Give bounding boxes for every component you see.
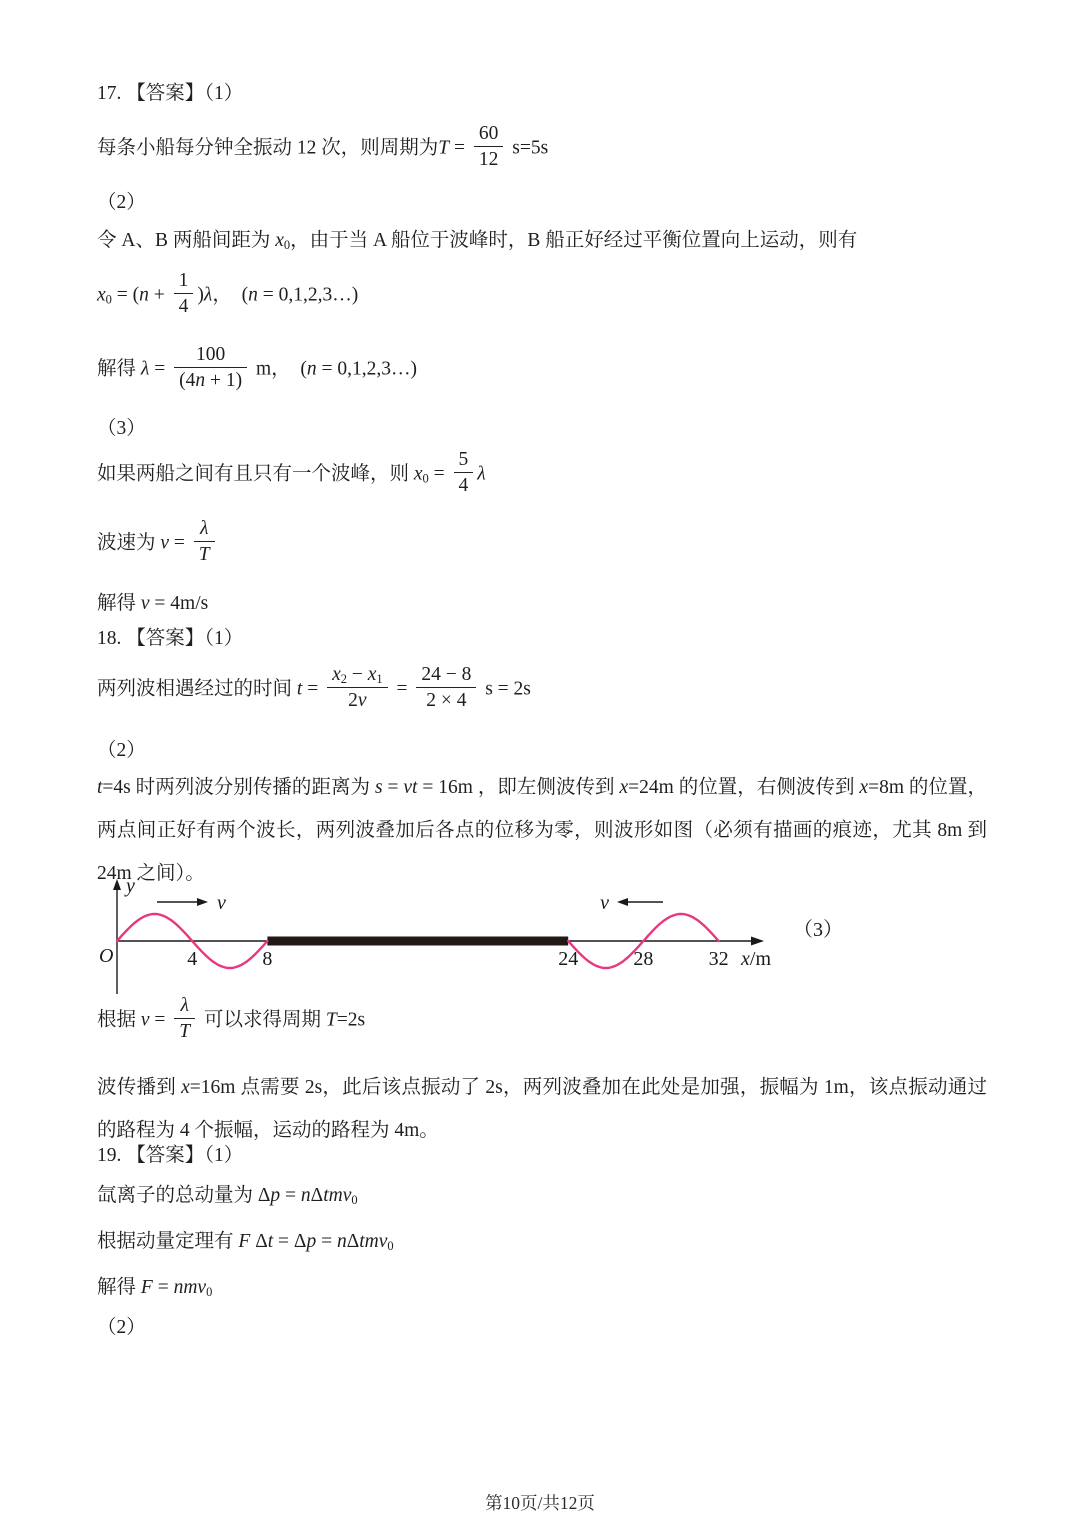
x-axis-label: x/m — [740, 948, 771, 970]
fraction: 24 − 82 × 4 — [416, 663, 476, 713]
page-footer: 第10页/共12页 — [0, 1490, 1080, 1515]
y-axis-arrowhead — [113, 879, 121, 890]
y-axis-label: y — [124, 876, 135, 897]
x-tick-label: 4 — [187, 948, 197, 970]
sec18-period-formula: 根据 v = λT 可以求得周期 T=2s — [97, 996, 365, 1046]
sec17-x0-formula: x0 = (n + 14)λ， (n = 0,1,2,3…) — [97, 271, 358, 321]
sec19-force-result: 解得 F = nmv0 — [97, 1276, 212, 1300]
sec17-part2-label: （2） — [97, 191, 146, 215]
sec18-time-formula: 两列波相遇经过的时间 t = x2 − x12v = 24 − 82 × 4 s… — [97, 665, 531, 715]
sec17-part2-intro: 令 A、B 两船间距为 x0，由于当 A 船位于波峰时，B 船正好经过平衡位置向… — [97, 229, 857, 253]
answer-sheet-page: 17. 【答案】（1） 每条小船每分钟全振动 12 次，则周期为T = 6012… — [0, 0, 1080, 1527]
sec18-heading: 18. 【答案】（1） — [97, 627, 243, 651]
right-velocity-label: v — [600, 892, 609, 914]
x-tick-label: 8 — [262, 948, 272, 970]
sec17-period-formula: 每条小船每分钟全振动 12 次，则周期为T = 6012 s=5s — [97, 124, 548, 174]
sec18-part2-label: （2） — [97, 739, 146, 763]
right-velocity-arrowhead — [617, 898, 628, 906]
x-tick-label: 28 — [633, 948, 653, 970]
overlap-bar — [267, 937, 568, 946]
x-tick-label: 32 — [709, 948, 729, 970]
x-axis-arrowhead — [751, 937, 764, 946]
sec17-wavespeed-formula: 波速为 v = λT — [97, 519, 219, 569]
sec19-heading: 19. 【答案】（1） — [97, 1144, 243, 1168]
sec17-crest-formula: 如果两船之间有且只有一个波峰，则 x0 = 54λ — [97, 450, 486, 500]
left-velocity-label: v — [217, 892, 226, 914]
sec19-part2-label: （2） — [97, 1316, 146, 1340]
sec17-heading: 17. 【答案】（1） — [97, 82, 243, 106]
sec17-part3-label: （3） — [97, 417, 146, 441]
sec17-lambda-formula: 解得 λ = 100(4n + 1) m， (n = 0,1,2,3…) — [97, 345, 417, 395]
wave-diagram: yOx/m48242832vv（3） — [95, 876, 875, 1011]
sec17-speed-result: 解得 v = 4m/s — [97, 592, 208, 616]
sec19-momentum-formula: 氙离子的总动量为 Δp = nΔtmv0 — [97, 1184, 358, 1208]
part3-note: （3） — [793, 919, 843, 941]
x-tick-label: 24 — [558, 948, 578, 970]
fraction: 14 — [174, 269, 194, 319]
sec19-theorem-formula: 根据动量定理有 F Δt = Δp = nΔtmv0 — [97, 1230, 394, 1254]
left-velocity-arrowhead — [197, 898, 208, 906]
sec18-part3-paragraph: 波传播到 x=16m 点需要 2s，此后该点振动了 2s，两列波叠加在此处是加强… — [97, 1066, 987, 1152]
origin-label: O — [99, 945, 113, 967]
fraction: 54 — [454, 448, 474, 498]
fraction: λT — [174, 994, 195, 1044]
fraction: 6012 — [474, 122, 504, 172]
fraction: 100(4n + 1) — [174, 343, 247, 393]
fraction: λT — [194, 517, 215, 567]
fraction: x2 − x12v — [327, 663, 388, 713]
